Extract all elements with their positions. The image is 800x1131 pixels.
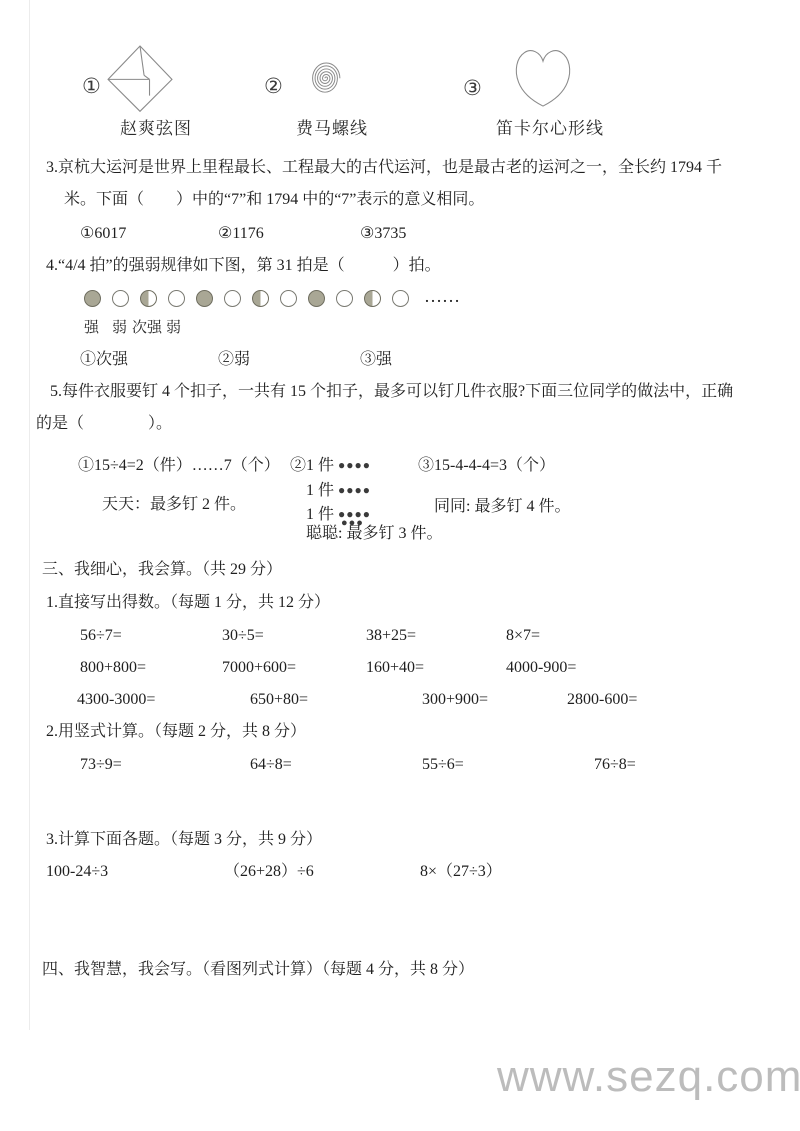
oral-calc-cell: 7000+600= [222,658,296,678]
figure-3-label: 笛卡尔心形线 [496,114,604,139]
oral-calc-cell: 650+80= [250,690,308,710]
figure-3-number: ③ [463,76,482,101]
beat-row [84,290,409,307]
q3-option-3: ③3735 [360,224,406,244]
oral-calc-cell: 38+25= [366,626,416,646]
beat-circle-empty [392,290,409,307]
section3-sub2-title: 2.用竖式计算。（每题 2 分，共 8 分） [46,722,306,742]
beat-label-weak-2: 弱 [166,316,181,337]
oral-calc-cell: 160+40= [366,658,424,678]
oral-calc-cell: 8×7= [506,626,540,646]
oral-calc-cell: 300+900= [422,690,488,710]
cardioid-icon [508,44,578,110]
beat-circle-half [364,290,381,307]
q5-answer2-dots-row1: ●●●● [338,458,371,472]
oral-calc-cell: 4300-3000= [77,690,155,710]
oral-calc-cell: 56÷7= [80,626,122,646]
q5-answer2-head: ②1 件 ●●●● [290,456,371,476]
figure-1-label: 赵爽弦图 [120,114,192,139]
oral-calc-cell: 4000-900= [506,658,576,678]
q3-line1: 3.京杭大运河是世界上里程最长、工程最大的古代运河，也是最古老的运河之一，全长约… [46,158,722,178]
figure-2-label: 费马螺线 [296,114,368,139]
q3-line2: 米。下面（ ）中的“7”和 1794 中的“7”表示的意义相同。 [64,190,484,210]
beat-circle-empty [168,290,185,307]
q4-option-1: ①次强 [80,350,128,370]
beat-circle-filled [196,290,213,307]
q5-answer2-row2: 1 件 ●●●● [306,481,371,501]
q4-option-3: ③强 [360,350,392,370]
beat-circle-filled [84,290,101,307]
q5-line2: 的是（ ）。 [36,414,172,434]
section3-sub1-title: 1.直接写出得数。（每题 1 分，共 12 分） [46,593,330,613]
worksheet-page: ① 赵爽弦图 ② 费马螺线 ③ 笛卡尔心形线 3.京杭大运河是世界上里程最长、工… [0,0,800,1131]
q5-answer1-name: 天天：最多钉 2 件。 [102,495,246,515]
q4-stem: 4.“4/4 拍”的强弱规律如下图，第 31 拍是（ ）拍。 [46,256,441,276]
beat-circle-empty [224,290,241,307]
mixed-calc-cell: 100-24÷3 [46,862,108,882]
mixed-calc-cell: （26+28）÷6 [224,862,314,882]
section4-title: 四、我智慧，我会写。（看图列式计算）（每题 4 分，共 8 分） [42,960,474,980]
beat-label-strong: 强 [84,316,99,337]
oral-calc-cell: 800+800= [80,658,146,678]
oral-calc-cell: 30÷5= [222,626,264,646]
q3-option-2: ②1176 [218,224,264,244]
q5-answer2-row2-text: 1 件 [306,482,334,499]
beat-label-weak-1: 弱 [112,316,127,337]
beat-circle-empty [280,290,297,307]
beat-circle-empty [112,290,129,307]
mixed-calc-cell: 8×（27÷3） [420,862,502,882]
q5-answer1-formula: ①15÷4=2（件）……7（个） [78,456,280,476]
section3-sub3-title: 3.计算下面各题。（每题 3 分，共 9 分） [46,830,322,850]
q5-answer3-name: 同同: 最多钉 4 件。 [434,497,570,517]
oral-calc-cell: 2800-600= [567,690,637,710]
fermat-spiral-icon [294,42,356,112]
q5-answer2-dots-row2: ●●●● [338,483,371,497]
section3-title: 三、我细心，我会算。（共 29 分） [42,560,282,580]
q5-answer2-name: 聪聪: 最多钉 3 件。 [306,524,442,544]
vertical-calc-cell: 76÷8= [594,755,636,775]
beat-circle-half [252,290,269,307]
q5-answer2-row3-text: 1 件 [306,506,334,523]
vertical-calc-cell: 64÷8= [250,755,292,775]
watermark: www.sezq.com [497,1052,800,1102]
vertical-calc-cell: 55÷6= [422,755,464,775]
beat-circle-empty [336,290,353,307]
q4-option-2: ②弱 [218,350,250,370]
zhao-shuang-diagram-icon [106,42,174,114]
q5-answer3-formula: ③15-4-4-4=3（个） [418,456,555,476]
q5-line1: 5.每件衣服要钉 4 个扣子，一共有 15 个扣子，最多可以钉几件衣服?下面三位… [50,382,733,402]
beat-ellipsis: …… [424,286,460,306]
figure-2-number: ② [264,74,283,99]
q5-answer2-head-text: ②1 件 [290,457,334,474]
beat-circle-filled [308,290,325,307]
figure-1-number: ① [82,74,101,99]
page-edge-line [29,0,30,1030]
q3-option-1: ①6017 [80,224,126,244]
vertical-calc-cell: 73÷9= [80,755,122,775]
beat-label-medium: 次强 [132,316,162,337]
beat-circle-half [140,290,157,307]
